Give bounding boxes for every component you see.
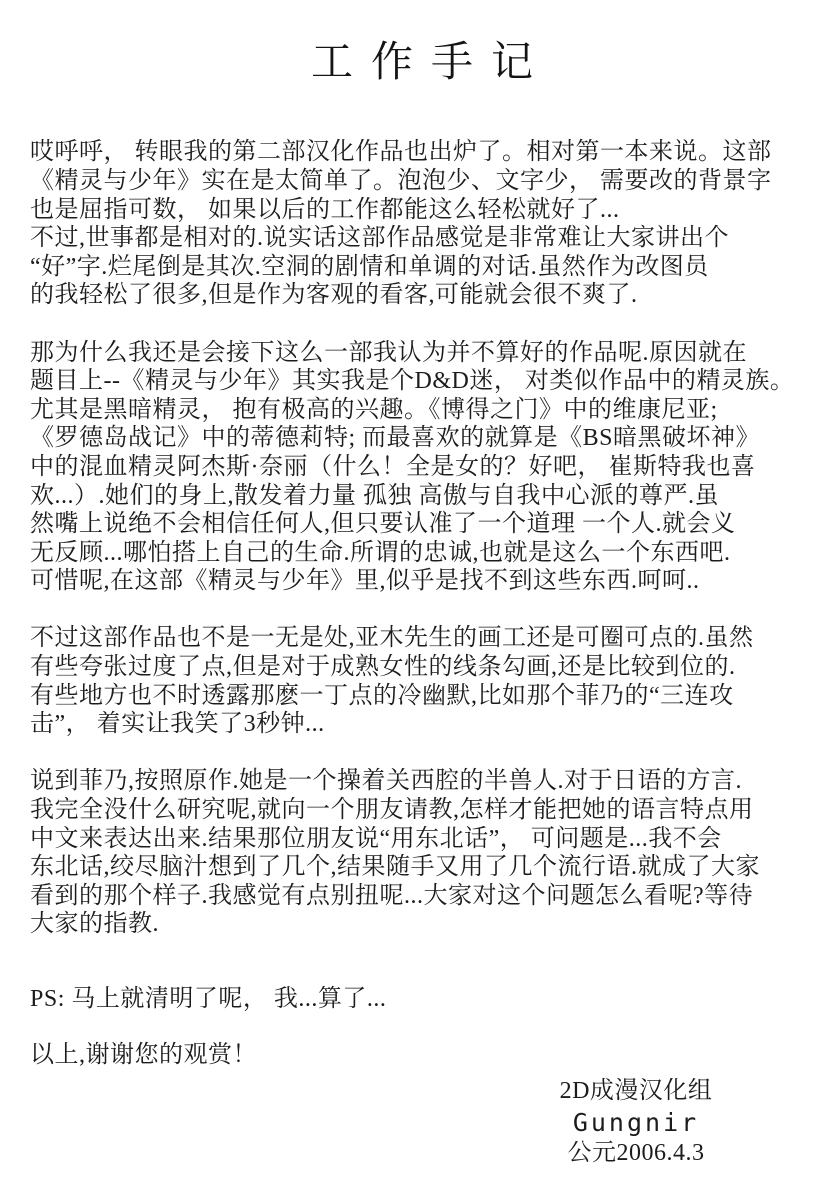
text-line: 题目上--《精灵与少年》其实我是个D&D迷， 对类似作品中的精灵族。	[30, 367, 814, 396]
closing-line: 以上,谢谢您的观赏！	[30, 1041, 814, 1070]
page-title: 工作手记	[30, 38, 814, 88]
text-line: 也是屈指可数， 如果以后的工作都能这么轻松就好了...	[30, 196, 814, 225]
text-line: 有些地方也不时透露那麽一丁点的冷幽默,比如那个菲乃的“三连攻	[30, 682, 814, 711]
text-line: 击”， 着实让我笑了3秒钟...	[30, 710, 814, 739]
text-line: 有些夸张过度了点,但是对于成熟女性的线条勾画,还是比较到位的.	[30, 653, 814, 682]
signature-group-name: 2D成漫汉化组	[526, 1076, 746, 1107]
text-line: 不过这部作品也不是一无是处,亚木先生的画工还是可圈可点的.虽然	[30, 624, 814, 653]
paragraph-1: 哎呼呼， 转眼我的第二部汉化作品也出炉了。相对第一本来说。这部 《精灵与少年》实…	[30, 138, 814, 310]
paragraph-3: 不过这部作品也不是一无是处,亚木先生的画工还是可圈可点的.虽然 有些夸张过度了点…	[30, 624, 814, 738]
signature-author-name: Gungnir	[526, 1107, 746, 1138]
ps-note: PS: 马上就清明了呢， 我...算了...	[30, 985, 814, 1014]
text-line: 《精灵与少年》实在是太简单了。泡泡少、文字少， 需要改的背景字	[30, 167, 814, 196]
signature-block: 2D成漫汉化组 Gungnir 公元2006.4.3	[526, 1076, 746, 1169]
text-line: 东北话,绞尽脑汁想到了几个,结果随手又用了几个流行语.就成了大家	[30, 853, 814, 882]
text-line: 看到的那个样子.我感觉有点别扭呢...大家对这个问题怎么看呢?等待	[30, 882, 814, 911]
text-line: 《罗德岛战记》中的蒂德莉特; 而最喜欢的就算是《BS暗黑破坏神》	[30, 424, 814, 453]
text-line: 不过,世事都是相对的.说实话这部作品感觉是非常难让大家讲出个	[30, 224, 814, 253]
text-line: 无反顾...哪怕搭上自己的生命.所谓的忠诚,也就是这么一个东西吧.	[30, 539, 814, 568]
text-line: 中文来表达出来.结果那位朋友说“用东北话”， 可问题是...我不会	[30, 825, 814, 854]
paragraph-4: 说到菲乃,按照原作.她是一个操着关西腔的半兽人.对于日语的方言. 我完全没什么研…	[30, 767, 814, 939]
text-line: 尤其是黑暗精灵， 抱有极高的兴趣。《博得之门》中的维康尼亚;	[30, 396, 814, 425]
text-line: 大家的指教.	[30, 910, 814, 939]
text-line: 然嘴上说绝不会相信任何人,但只要认准了一个道理 一个人.就会义	[30, 510, 814, 539]
document-body: 哎呼呼， 转眼我的第二部汉化作品也出炉了。相对第一本来说。这部 《精灵与少年》实…	[30, 138, 814, 1169]
text-line: 我完全没什么研究呢,就向一个朋友请教,怎样才能把她的语言特点用	[30, 796, 814, 825]
text-line: 那为什么我还是会接下这么一部我认为并不算好的作品呢.原因就在	[30, 339, 814, 368]
paragraph-2: 那为什么我还是会接下这么一部我认为并不算好的作品呢.原因就在 题目上--《精灵与…	[30, 339, 814, 596]
signature-date: 公元2006.4.3	[526, 1138, 746, 1169]
text-line: “好”字.烂尾倒是其次.空洞的剧情和单调的对话.虽然作为改图员	[30, 253, 814, 282]
text-line: 哎呼呼， 转眼我的第二部汉化作品也出炉了。相对第一本来说。这部	[30, 138, 814, 167]
text-line: 欢...）.她们的身上,散发着力量 孤独 高傲与自我中心派的尊严.虽	[30, 482, 814, 511]
text-line: 可惜呢,在这部《精灵与少年》里,似乎是找不到这些东西.呵呵..	[30, 567, 814, 596]
text-line: 的我轻松了很多,但是作为客观的看客,可能就会很不爽了.	[30, 281, 814, 310]
document-page: 工作手记 哎呼呼， 转眼我的第二部汉化作品也出炉了。相对第一本来说。这部 《精灵…	[0, 0, 834, 1200]
text-line: 说到菲乃,按照原作.她是一个操着关西腔的半兽人.对于日语的方言.	[30, 767, 814, 796]
text-line: 中的混血精灵阿杰斯·奈丽（什么！全是女的？好吧， 崔斯特我也喜	[30, 453, 814, 482]
